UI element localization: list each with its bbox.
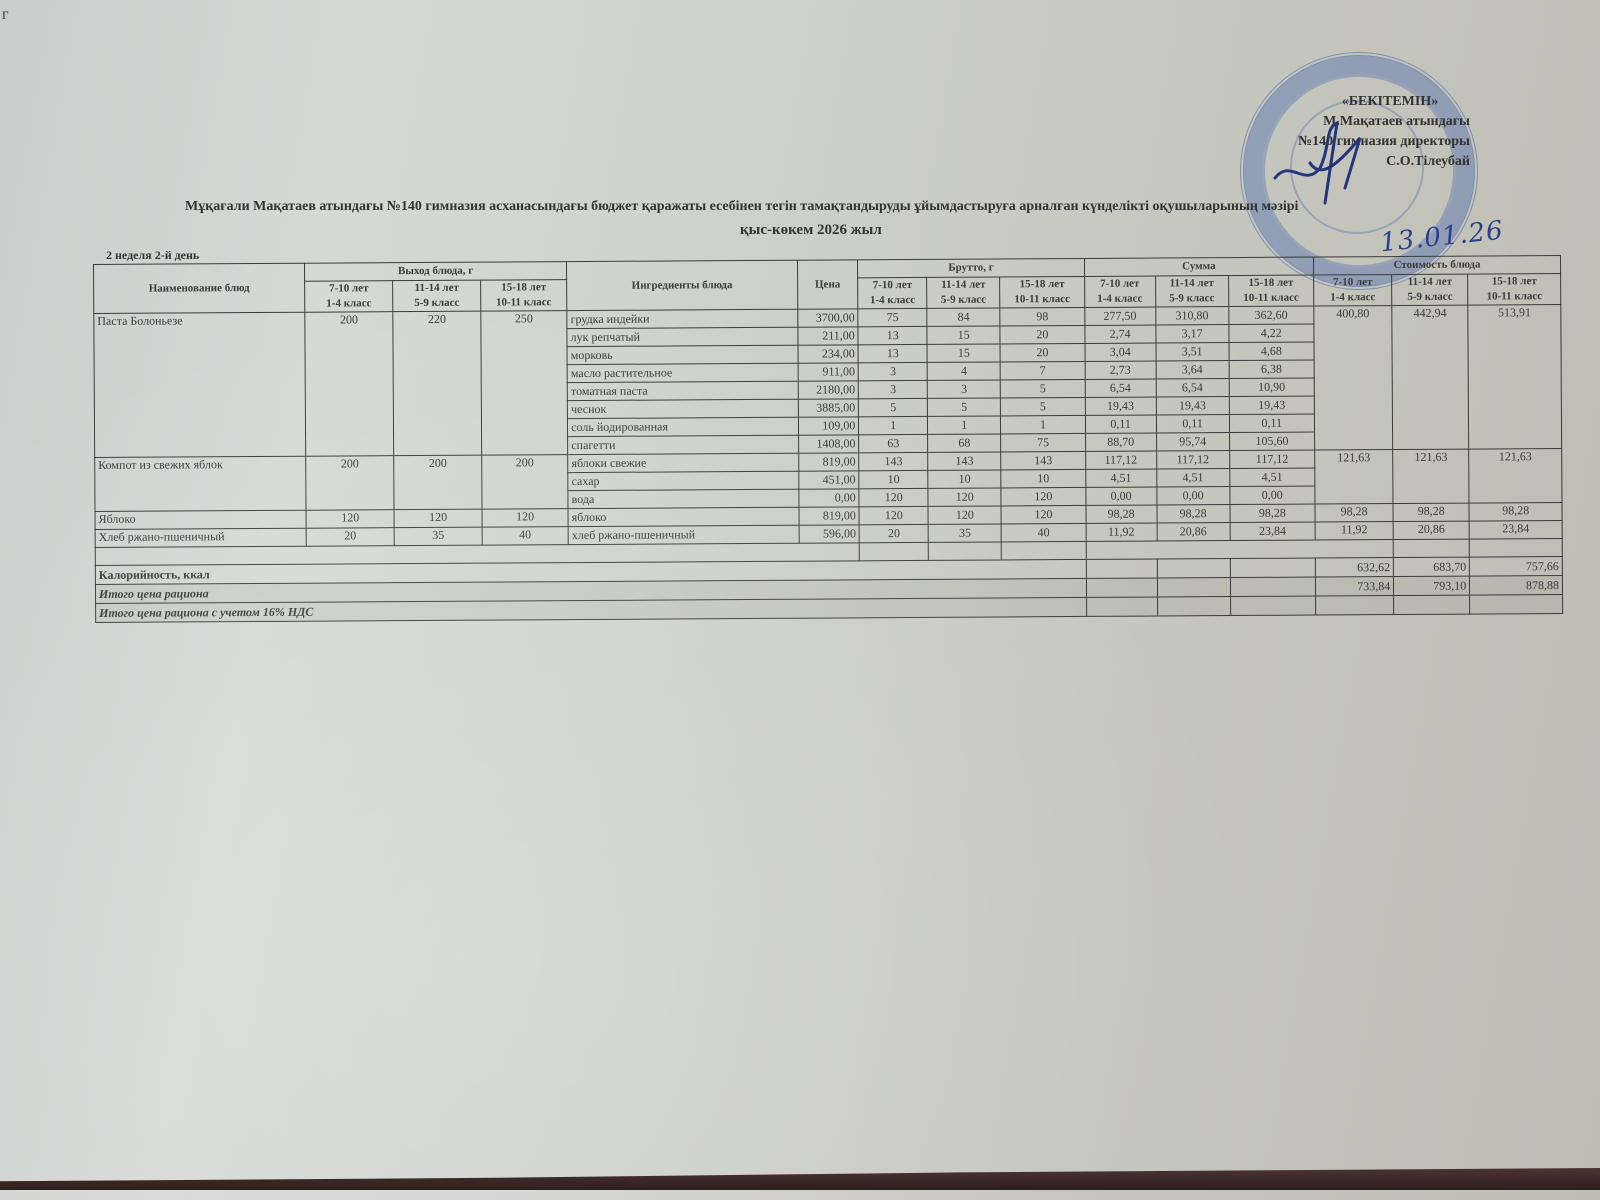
ingredient-brutto: 20 <box>859 524 928 542</box>
ingredient-name: яблоки свежие <box>568 453 799 472</box>
ingredient-brutto: 143 <box>859 452 928 470</box>
ingredient-brutto: 15 <box>927 344 1000 362</box>
ingredient-sum: 6,54 <box>1156 379 1229 397</box>
ingredient-brutto: 63 <box>859 434 928 452</box>
ingredient-sum: 20,86 <box>1157 523 1230 541</box>
header-output-age-1: 7-10 лет1-4 класс <box>304 281 393 313</box>
ingredient-brutto: 1 <box>859 416 928 434</box>
blank-cell <box>1086 540 1394 560</box>
totals-value: 757,66 <box>1470 557 1563 577</box>
ingredient-sum: 0,00 <box>1086 487 1157 505</box>
header-output: Выход блюда, г <box>304 262 566 282</box>
document-subtitle: қыс-көкем 2026 жыл <box>740 222 882 239</box>
ingredient-sum: 3,51 <box>1156 343 1229 361</box>
header-output-age-3: 15-18 лет10-11 класс <box>480 280 567 312</box>
ingredient-brutto: 1 <box>1001 415 1085 434</box>
ingredient-brutto: 20 <box>1000 343 1084 362</box>
blank-cell <box>1470 539 1563 558</box>
header-sum: Сумма <box>1084 257 1313 276</box>
ingredient-brutto: 143 <box>1001 451 1085 470</box>
ingredient-name: грудка индейки <box>567 309 798 328</box>
blank-cell <box>1393 539 1469 557</box>
dish-name: Паста Болоньезе <box>94 312 306 457</box>
ingredient-sum: 0,11 <box>1229 414 1314 433</box>
dish-output: 200 <box>394 455 482 510</box>
approval-title: «БЕКІТЕМІН» <box>1270 92 1470 112</box>
dish-output: 35 <box>394 527 482 546</box>
dish-cost: 20,86 <box>1393 521 1469 539</box>
ingredient-sum: 117,12 <box>1229 450 1314 469</box>
ingredient-price: 0,00 <box>799 489 860 507</box>
ingredient-sum: 2,73 <box>1085 361 1156 379</box>
ingredient-sum: 4,51 <box>1229 468 1314 487</box>
ingredient-sum: 117,12 <box>1156 451 1229 469</box>
ingredient-sum: 4,22 <box>1229 324 1314 343</box>
dish-cost: 400,80 <box>1314 306 1393 450</box>
dish-cost: 98,28 <box>1315 504 1393 522</box>
dish-cost: 23,84 <box>1469 521 1562 540</box>
ingredient-brutto: 7 <box>1000 361 1084 380</box>
blank-cell <box>1001 541 1085 560</box>
ingredient-sum: 23,84 <box>1230 522 1315 541</box>
ingredient-name: масло растительное <box>567 363 798 382</box>
ingredient-brutto: 143 <box>928 452 1001 470</box>
ingredient-brutto: 10 <box>928 470 1001 488</box>
ingredient-name: морковь <box>567 345 798 364</box>
blank-cell <box>1230 596 1315 616</box>
menu-body: Паста Болоньезе200220250грудка индейки37… <box>94 305 1563 623</box>
age-range: 11-14 лет <box>1395 275 1464 290</box>
age-range: 7-10 лет <box>308 281 390 296</box>
age-range: 11-14 лет <box>396 281 477 296</box>
ingredient-brutto: 5 <box>1001 397 1085 416</box>
blank-cell <box>1230 558 1315 578</box>
ingredient-name: сахар <box>568 471 799 490</box>
ingredient-price: 2180,00 <box>798 381 859 399</box>
totals-value: 683,70 <box>1393 557 1469 576</box>
dish-cost: 11,92 <box>1315 522 1393 540</box>
blank-cell <box>1086 597 1157 616</box>
grade-range: 10-11 класс <box>484 295 563 310</box>
ingredient-sum: 19,43 <box>1085 397 1156 415</box>
header-sum-age-1: 7-10 лет1-4 класс <box>1084 276 1155 307</box>
blank-cell <box>860 542 929 560</box>
ingredient-price: 819,00 <box>798 453 859 471</box>
document-photo: г «БЕКІТЕМІН» М.Мақатаев атындағы №140 г… <box>0 0 1600 1190</box>
dish-name: Хлеб ржано-пшеничный <box>95 528 306 547</box>
dish-output: 200 <box>305 312 394 457</box>
header-cost-age-1: 7-10 лет1-4 класс <box>1314 275 1392 306</box>
ingredient-sum: 98,28 <box>1086 505 1157 523</box>
ingredient-price: 109,00 <box>798 417 859 435</box>
ingredient-sum: 98,28 <box>1157 505 1230 523</box>
ingredient-sum: 6,54 <box>1085 379 1156 397</box>
dish-output: 120 <box>394 509 482 528</box>
ingredient-sum: 0,00 <box>1230 486 1315 505</box>
ingredient-sum: 19,43 <box>1156 397 1229 415</box>
ingredient-brutto: 15 <box>927 326 1000 344</box>
ingredient-brutto: 13 <box>858 344 927 362</box>
ingredient-sum: 0,00 <box>1156 487 1229 505</box>
ingredient-sum: 10,90 <box>1229 378 1314 397</box>
ingredient-brutto: 5 <box>928 398 1001 416</box>
ingredient-name: хлеб ржано-пшеничный <box>568 525 799 544</box>
ingredient-brutto: 3 <box>927 380 1000 398</box>
totals-value: 878,88 <box>1470 576 1563 596</box>
blank-cell <box>1157 578 1230 597</box>
dish-cost: 513,91 <box>1468 305 1562 450</box>
grade-range: 10-11 класс <box>1471 289 1557 305</box>
dish-cost: 98,28 <box>1469 503 1562 522</box>
dish-cost: 121,63 <box>1315 450 1394 504</box>
dish-cost: 121,63 <box>1469 449 1562 504</box>
totals-value <box>1394 595 1470 614</box>
ingredient-brutto: 5 <box>1001 379 1085 398</box>
grade-range: 1-4 класс <box>1317 290 1388 305</box>
ingredient-price: 211,00 <box>798 327 859 345</box>
signature-icon <box>1265 118 1375 208</box>
grade-range: 10-11 класс <box>1232 291 1310 306</box>
header-brutto-age-3: 15-18 лет10-11 класс <box>1000 276 1085 308</box>
ingredient-sum: 98,28 <box>1230 504 1315 523</box>
ingredient-name: яблоко <box>568 507 799 526</box>
ingredient-price: 451,00 <box>798 471 859 489</box>
ingredient-price: 3700,00 <box>797 309 858 327</box>
ingredient-brutto: 120 <box>928 506 1001 524</box>
ingredient-name: соль йодированная <box>568 417 799 436</box>
header-sum-age-2: 11-14 лет5-9 класс <box>1155 276 1228 307</box>
header-price: Цена <box>797 260 858 309</box>
blank-cell <box>1157 559 1230 578</box>
ingredient-sum: 105,60 <box>1229 432 1314 451</box>
ingredient-brutto: 20 <box>1000 325 1084 344</box>
dish-output: 200 <box>306 456 395 511</box>
ingredient-brutto: 40 <box>1001 523 1085 542</box>
grade-range: 5-9 класс <box>397 296 478 311</box>
dish-output: 200 <box>481 455 568 510</box>
ingredient-brutto: 75 <box>1001 433 1085 452</box>
blank-cell <box>1157 597 1230 616</box>
age-range: 7-10 лет <box>1088 277 1152 292</box>
ingredient-price: 911,00 <box>798 363 859 381</box>
dish-output: 40 <box>482 527 569 546</box>
ingredient-brutto: 120 <box>859 506 928 524</box>
dish-output: 220 <box>393 311 481 456</box>
blank-cell <box>1086 559 1157 578</box>
dish-cost: 98,28 <box>1393 503 1469 521</box>
dish-output: 120 <box>306 510 395 529</box>
ingredient-price: 596,00 <box>799 525 860 543</box>
ingredient-sum: 117,12 <box>1085 451 1156 469</box>
ingredient-price: 3885,00 <box>798 399 859 417</box>
menu-table: Наименование блюд Выход блюда, г Ингреди… <box>93 255 1563 623</box>
header-output-age-2: 11-14 лет5-9 класс <box>393 280 481 312</box>
ingredient-brutto: 10 <box>1001 469 1085 488</box>
header-cost: Стоимость блюда <box>1313 256 1560 276</box>
dish-name: Яблоко <box>95 510 306 529</box>
ingredient-brutto: 120 <box>1001 505 1085 524</box>
ingredient-name: чеснок <box>568 399 799 418</box>
ingredient-brutto: 120 <box>1001 487 1085 506</box>
document-title: Мұқағали Мақатаев атындағы №140 гимназия… <box>185 199 1298 215</box>
age-range: 15-18 лет <box>484 280 563 295</box>
ingredient-sum: 362,60 <box>1228 306 1313 325</box>
ingredient-brutto: 68 <box>928 434 1001 452</box>
age-range: 7-10 лет <box>1317 275 1388 290</box>
ingredient-price: 1408,00 <box>798 435 859 453</box>
corner-mark: г <box>2 6 9 24</box>
totals-value <box>1316 596 1394 615</box>
ingredient-brutto: 98 <box>1000 307 1084 326</box>
ingredient-sum: 3,04 <box>1085 343 1156 361</box>
totals-value: 733,84 <box>1315 577 1393 596</box>
age-range: 15-18 лет <box>1232 276 1310 291</box>
ingredient-brutto: 1 <box>928 416 1001 434</box>
age-range: 11-14 лет <box>1159 276 1225 291</box>
ingredient-sum: 277,50 <box>1084 307 1155 325</box>
ingredient-sum: 95,74 <box>1156 433 1229 451</box>
ingredient-brutto: 4 <box>927 362 1000 380</box>
ingredient-sum: 0,11 <box>1085 415 1156 433</box>
ingredient-brutto: 84 <box>927 308 1000 326</box>
ingredient-brutto: 120 <box>928 488 1001 506</box>
age-range: 7-10 лет <box>861 278 923 293</box>
ingredient-sum: 19,43 <box>1229 396 1314 415</box>
ingredient-sum: 0,11 <box>1156 415 1229 433</box>
grade-range: 1-4 класс <box>1088 292 1152 307</box>
totals-value: 632,62 <box>1315 558 1393 577</box>
dish-name: Компот из свежих яблок <box>95 456 306 511</box>
dish-output: 20 <box>306 528 395 547</box>
age-range: 11-14 лет <box>930 277 996 292</box>
ingredient-brutto: 3 <box>859 380 928 398</box>
dish-cost: 121,63 <box>1393 449 1469 503</box>
dish-cost: 442,94 <box>1392 305 1469 449</box>
grade-range: 5-9 класс <box>1159 291 1225 306</box>
header-dish-name: Наименование блюд <box>94 263 305 313</box>
ingredient-sum: 3,64 <box>1156 361 1229 379</box>
grade-range: 1-4 класс <box>862 293 924 308</box>
header-brutto-age-2: 11-14 лет5-9 класс <box>927 277 1000 308</box>
grade-range: 1-4 класс <box>308 296 390 311</box>
grade-range: 10-11 класс <box>1003 292 1080 307</box>
blank-cell <box>1230 577 1315 597</box>
age-range: 15-18 лет <box>1471 274 1557 290</box>
ingredient-brutto: 10 <box>859 470 928 488</box>
header-brutto-age-1: 7-10 лет1-4 класс <box>858 277 927 308</box>
ingredient-sum: 11,92 <box>1086 523 1157 541</box>
ingredient-name: вода <box>568 489 799 508</box>
ingredient-price: 234,00 <box>798 345 859 363</box>
ingredient-sum: 2,74 <box>1085 325 1156 343</box>
header-sum-age-3: 15-18 лет10-11 класс <box>1228 275 1314 307</box>
totals-value <box>1470 595 1563 615</box>
ingredient-brutto: 13 <box>858 326 927 344</box>
header-cost-age-3: 15-18 лет10-11 класс <box>1468 274 1561 306</box>
grade-range: 5-9 класс <box>1395 290 1464 305</box>
ingredient-brutto: 35 <box>928 524 1001 542</box>
ingredient-brutto: 3 <box>858 362 927 380</box>
ingredient-sum: 4,68 <box>1229 342 1314 361</box>
blank-cell <box>928 542 1001 560</box>
ingredient-price: 819,00 <box>799 507 860 525</box>
ingredient-name: спагетти <box>568 435 799 454</box>
ingredient-name: лук репчатый <box>567 327 798 346</box>
ingredient-sum: 6,38 <box>1229 360 1314 379</box>
ingredient-sum: 4,51 <box>1085 469 1156 487</box>
totals-value: 793,10 <box>1394 576 1470 595</box>
ingredient-sum: 88,70 <box>1085 433 1156 451</box>
ingredient-sum: 4,51 <box>1156 469 1229 487</box>
header-cost-age-2: 11-14 лет5-9 класс <box>1392 274 1468 305</box>
dish-output: 250 <box>481 311 568 456</box>
age-range: 15-18 лет <box>1003 277 1080 292</box>
ingredient-brutto: 5 <box>859 398 928 416</box>
desk-edge <box>0 1168 1600 1190</box>
grade-range: 5-9 класс <box>930 292 996 307</box>
ingredient-brutto: 75 <box>858 308 927 326</box>
header-ingredients: Ингредиенты блюда <box>567 260 798 310</box>
header-brutto: Брутто, г <box>858 258 1084 277</box>
dish-output: 120 <box>482 509 569 528</box>
ingredient-brutto: 120 <box>859 488 928 506</box>
ingredient-sum: 310,80 <box>1155 307 1228 325</box>
week-day-label: 2 неделя 2-й день <box>106 248 199 263</box>
blank-cell <box>1086 578 1157 597</box>
ingredient-name: томатная паста <box>567 381 798 400</box>
ingredient-sum: 3,17 <box>1155 325 1228 343</box>
